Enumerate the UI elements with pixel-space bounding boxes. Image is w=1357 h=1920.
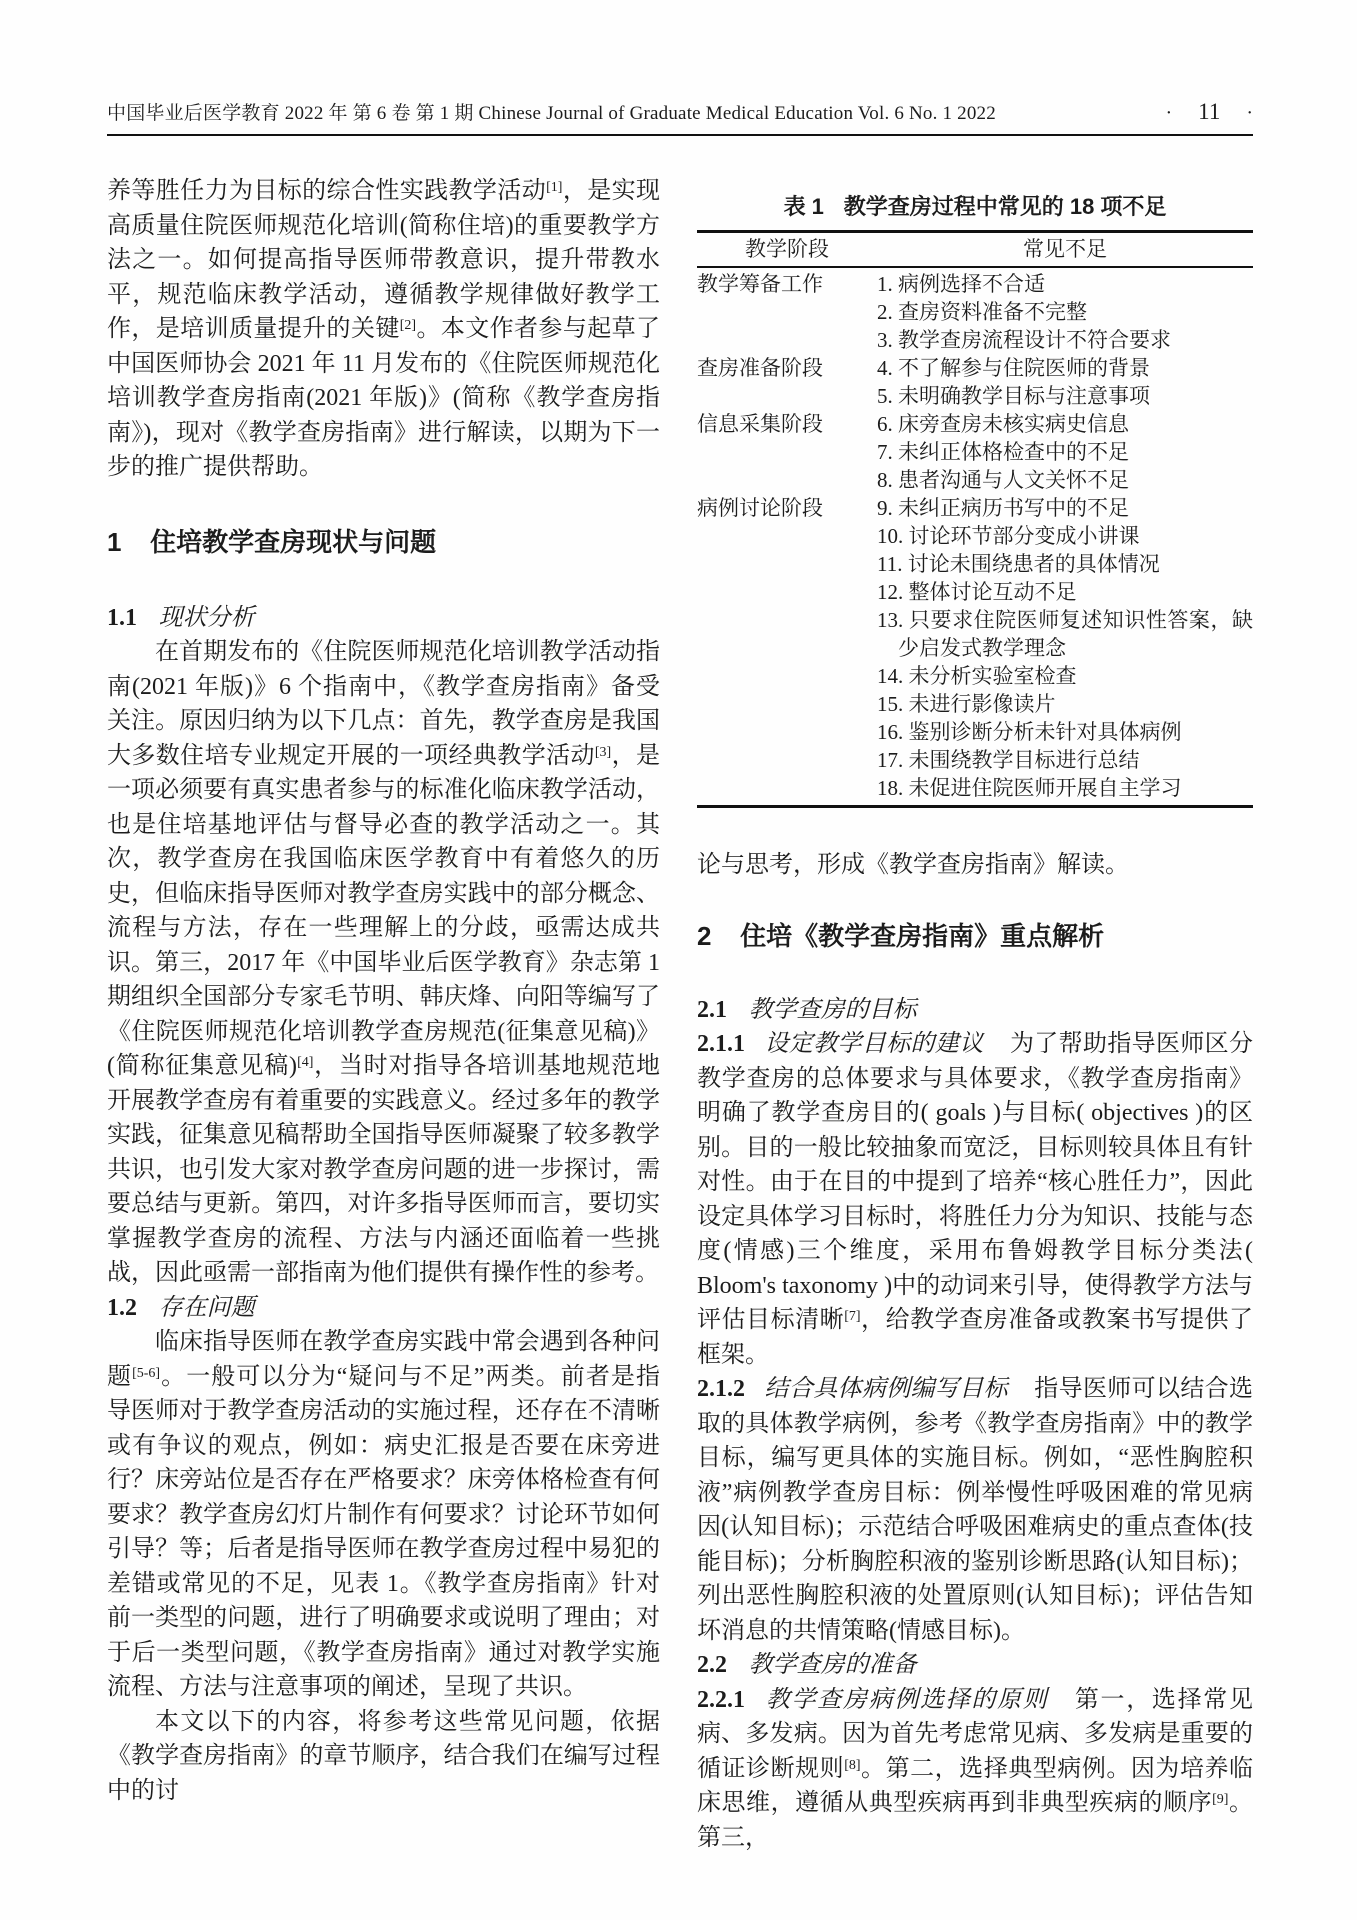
paragraph-closing: 本文以下的内容，将参考这些常见问题，依据《教学查房指南》的章节顺序，结合我们在编… xyxy=(107,1705,660,1809)
subsection-1-1-heading: 1.1现状分析 xyxy=(107,601,660,636)
folio-dot-right: · xyxy=(1246,102,1253,125)
page: 中国毕业后医学教育 2022 年 第 6 卷 第 1 期 Chinese Jou… xyxy=(0,0,1357,1920)
paragraph-2-2-1: 2.2.1教学查房病例选择的原则第一，选择常见病、多发病。因为首先考虑常见病、多… xyxy=(697,1683,1253,1856)
table-item-line: 17. 未围绕教学目标进行总结 xyxy=(877,746,1253,774)
table-item-line: 2. 查房资料准备不完整 xyxy=(877,298,1253,326)
table-item-line: 18. 未促进住院医师开展自主学习 xyxy=(877,774,1253,802)
table-item-line: 1. 病例选择不合适 xyxy=(877,270,1253,298)
folio-dot-left: · xyxy=(1166,102,1173,125)
subsection-1-2-number: 1.2 xyxy=(107,1295,137,1321)
stage-cell: 查房准备阶段 xyxy=(697,354,877,410)
table-item-line: 15. 未进行影像读片 xyxy=(877,690,1253,718)
runin-heading-2-1-1: 设定教学目标的建议 xyxy=(764,1031,983,1057)
paragraph-problems: 临床指导医师在教学查房实践中常会遇到各种问题[5-6]。一般可以分为“疑问与不足… xyxy=(107,1325,660,1705)
table-row: 信息采集阶段 6. 床旁查房未核实病史信息7. 未纠正体格检查中的不足8. 患者… xyxy=(697,410,1253,494)
journal-title: 中国毕业后医学教育 2022 年 第 6 卷 第 1 期 Chinese Jou… xyxy=(107,98,996,125)
table-row: 查房准备阶段 4. 不了解参与住院医师的背景5. 未明确教学目标与注意事项 xyxy=(697,354,1253,410)
table-caption-title: 教学查房过程中常见的 18 项不足 xyxy=(844,194,1167,219)
page-header: 中国毕业后医学教育 2022 年 第 6 卷 第 1 期 Chinese Jou… xyxy=(107,98,1253,125)
subsection-2-2-heading: 2.2教学查房的准备 xyxy=(697,1648,1253,1683)
stage-cell: 病例讨论阶段 xyxy=(697,494,877,802)
folio-number: 11 xyxy=(1198,99,1220,125)
runin-text-2-1-1: 为了帮助指导医师区分教学查房的总体要求与具体要求，《教学查房指南》明确了教学查房… xyxy=(697,1031,1253,1368)
section-1-heading: 1住培教学查房现状与问题 xyxy=(107,525,660,559)
table-item-line: 4. 不了解参与住院医师的背景 xyxy=(877,354,1253,382)
table-item-line: 7. 未纠正体格检查中的不足 xyxy=(877,438,1253,466)
column-header-stage: 教学阶段 xyxy=(697,236,877,263)
page-number: · 11 · xyxy=(1166,99,1254,125)
issues-cell: 4. 不了解参与住院医师的背景5. 未明确教学目标与注意事项 xyxy=(877,354,1253,410)
table-caption: 表 1教学查房过程中常见的 18 项不足 xyxy=(697,192,1253,222)
table-row: 病例讨论阶段 9. 未纠正病历书写中的不足10. 讨论环节部分变成小讲课11. … xyxy=(697,494,1253,802)
runin-number-2-1-2: 2.1.2 xyxy=(697,1376,745,1402)
table-caption-label: 表 1 xyxy=(784,194,824,219)
issues-cell: 1. 病例选择不合适2. 查房资料准备不完整3. 教学查房流程设计不符合要求 xyxy=(877,270,1253,354)
subsection-2-1-number: 2.1 xyxy=(697,997,727,1023)
issues-cell: 9. 未纠正病历书写中的不足10. 讨论环节部分变成小讲课11. 讨论未围绕患者… xyxy=(877,494,1253,802)
subsection-2-1-title: 教学查房的目标 xyxy=(749,997,917,1023)
table-1: 表 1教学查房过程中常见的 18 项不足 教学阶段 常见不足 教学筹备工作 1.… xyxy=(697,192,1253,808)
stage-cell: 信息采集阶段 xyxy=(697,410,877,494)
runin-number-2-2-1: 2.2.1 xyxy=(697,1687,745,1713)
table-header-row: 教学阶段 常见不足 xyxy=(697,233,1253,268)
table: 教学阶段 常见不足 教学筹备工作 1. 病例选择不合适2. 查房资料准备不完整3… xyxy=(697,230,1253,808)
section-2-number: 2 xyxy=(697,921,711,951)
table-row: 教学筹备工作 1. 病例选择不合适2. 查房资料准备不完整3. 教学查房流程设计… xyxy=(697,270,1253,354)
table-item-line: 16. 鉴别诊断分析未针对具体病例 xyxy=(877,718,1253,746)
header-rule xyxy=(107,134,1253,136)
runin-text-2-1-2: 指导医师可以结合选取的具体教学病例，参考《教学查房指南》中的教学目标，编写更具体… xyxy=(697,1376,1253,1644)
paragraph-2-1-1: 2.1.1设定教学目标的建议为了帮助指导医师区分教学查房的总体要求与具体要求，《… xyxy=(697,1027,1253,1372)
table-item-line: 11. 讨论未围绕患者的具体情况 xyxy=(877,550,1253,578)
runin-heading-2-1-2: 结合具体病例编写目标 xyxy=(764,1376,1008,1402)
table-item-line: 12. 整体讨论互动不足 xyxy=(877,578,1253,606)
paragraph-2-1-2: 2.1.2结合具体病例编写目标指导医师可以结合选取的具体教学病例，参考《教学查房… xyxy=(697,1372,1253,1648)
section-1-number: 1 xyxy=(107,527,121,557)
table-item-line: 10. 讨论环节部分变成小讲课 xyxy=(877,522,1253,550)
subsection-1-2-title: 存在问题 xyxy=(159,1295,255,1321)
table-item-line: 9. 未纠正病历书写中的不足 xyxy=(877,494,1253,522)
paragraph-continuation: 论与思考，形成《教学查房指南》解读。 xyxy=(697,848,1253,883)
subsection-1-2-heading: 1.2存在问题 xyxy=(107,1291,660,1326)
table-item-line: 6. 床旁查房未核实病史信息 xyxy=(877,410,1253,438)
table-item-line: 3. 教学查房流程设计不符合要求 xyxy=(877,326,1253,354)
left-column: 养等胜任力为目标的综合性实践教学活动[1]，是实现高质量住院医师规范化培训(简称… xyxy=(107,174,660,1808)
subsection-2-2-title: 教学查房的准备 xyxy=(749,1652,917,1678)
section-2-title: 住培《教学查房指南》重点解析 xyxy=(740,921,1104,951)
right-column: 表 1教学查房过程中常见的 18 项不足 教学阶段 常见不足 教学筹备工作 1.… xyxy=(697,150,1253,1855)
stage-cell: 教学筹备工作 xyxy=(697,270,877,354)
issues-cell: 6. 床旁查房未核实病史信息7. 未纠正体格检查中的不足8. 患者沟通与人文关怀… xyxy=(877,410,1253,494)
runin-number-2-1-1: 2.1.1 xyxy=(697,1031,745,1057)
subsection-2-2-number: 2.2 xyxy=(697,1652,727,1678)
table-item-line: 8. 患者沟通与人文关怀不足 xyxy=(877,466,1253,494)
table-item-line: 14. 未分析实验室检查 xyxy=(877,662,1253,690)
table-body: 教学筹备工作 1. 病例选择不合适2. 查房资料准备不完整3. 教学查房流程设计… xyxy=(697,268,1253,805)
subsection-1-1-number: 1.1 xyxy=(107,605,137,631)
intro-paragraph: 养等胜任力为目标的综合性实践教学活动[1]，是实现高质量住院医师规范化培训(简称… xyxy=(107,174,660,485)
column-header-issues: 常见不足 xyxy=(877,236,1253,263)
subsection-1-1-title: 现状分析 xyxy=(159,605,255,631)
runin-heading-2-2-1: 教学查房病例选择的原则 xyxy=(764,1687,1048,1713)
table-item-line: 5. 未明确教学目标与注意事项 xyxy=(877,382,1253,410)
table-item-line: 13. 只要求住院医师复述知识性答案，缺少启发式教学理念 xyxy=(877,606,1253,662)
subsection-2-1-heading: 2.1教学查房的目标 xyxy=(697,993,1253,1028)
paragraph-status-analysis: 在首期发布的《住院医师规范化培训教学活动指南(2021 年版)》6 个指南中，《… xyxy=(107,635,660,1291)
section-1-title: 住培教学查房现状与问题 xyxy=(150,527,436,557)
section-2-heading: 2住培《教学查房指南》重点解析 xyxy=(697,919,1253,953)
